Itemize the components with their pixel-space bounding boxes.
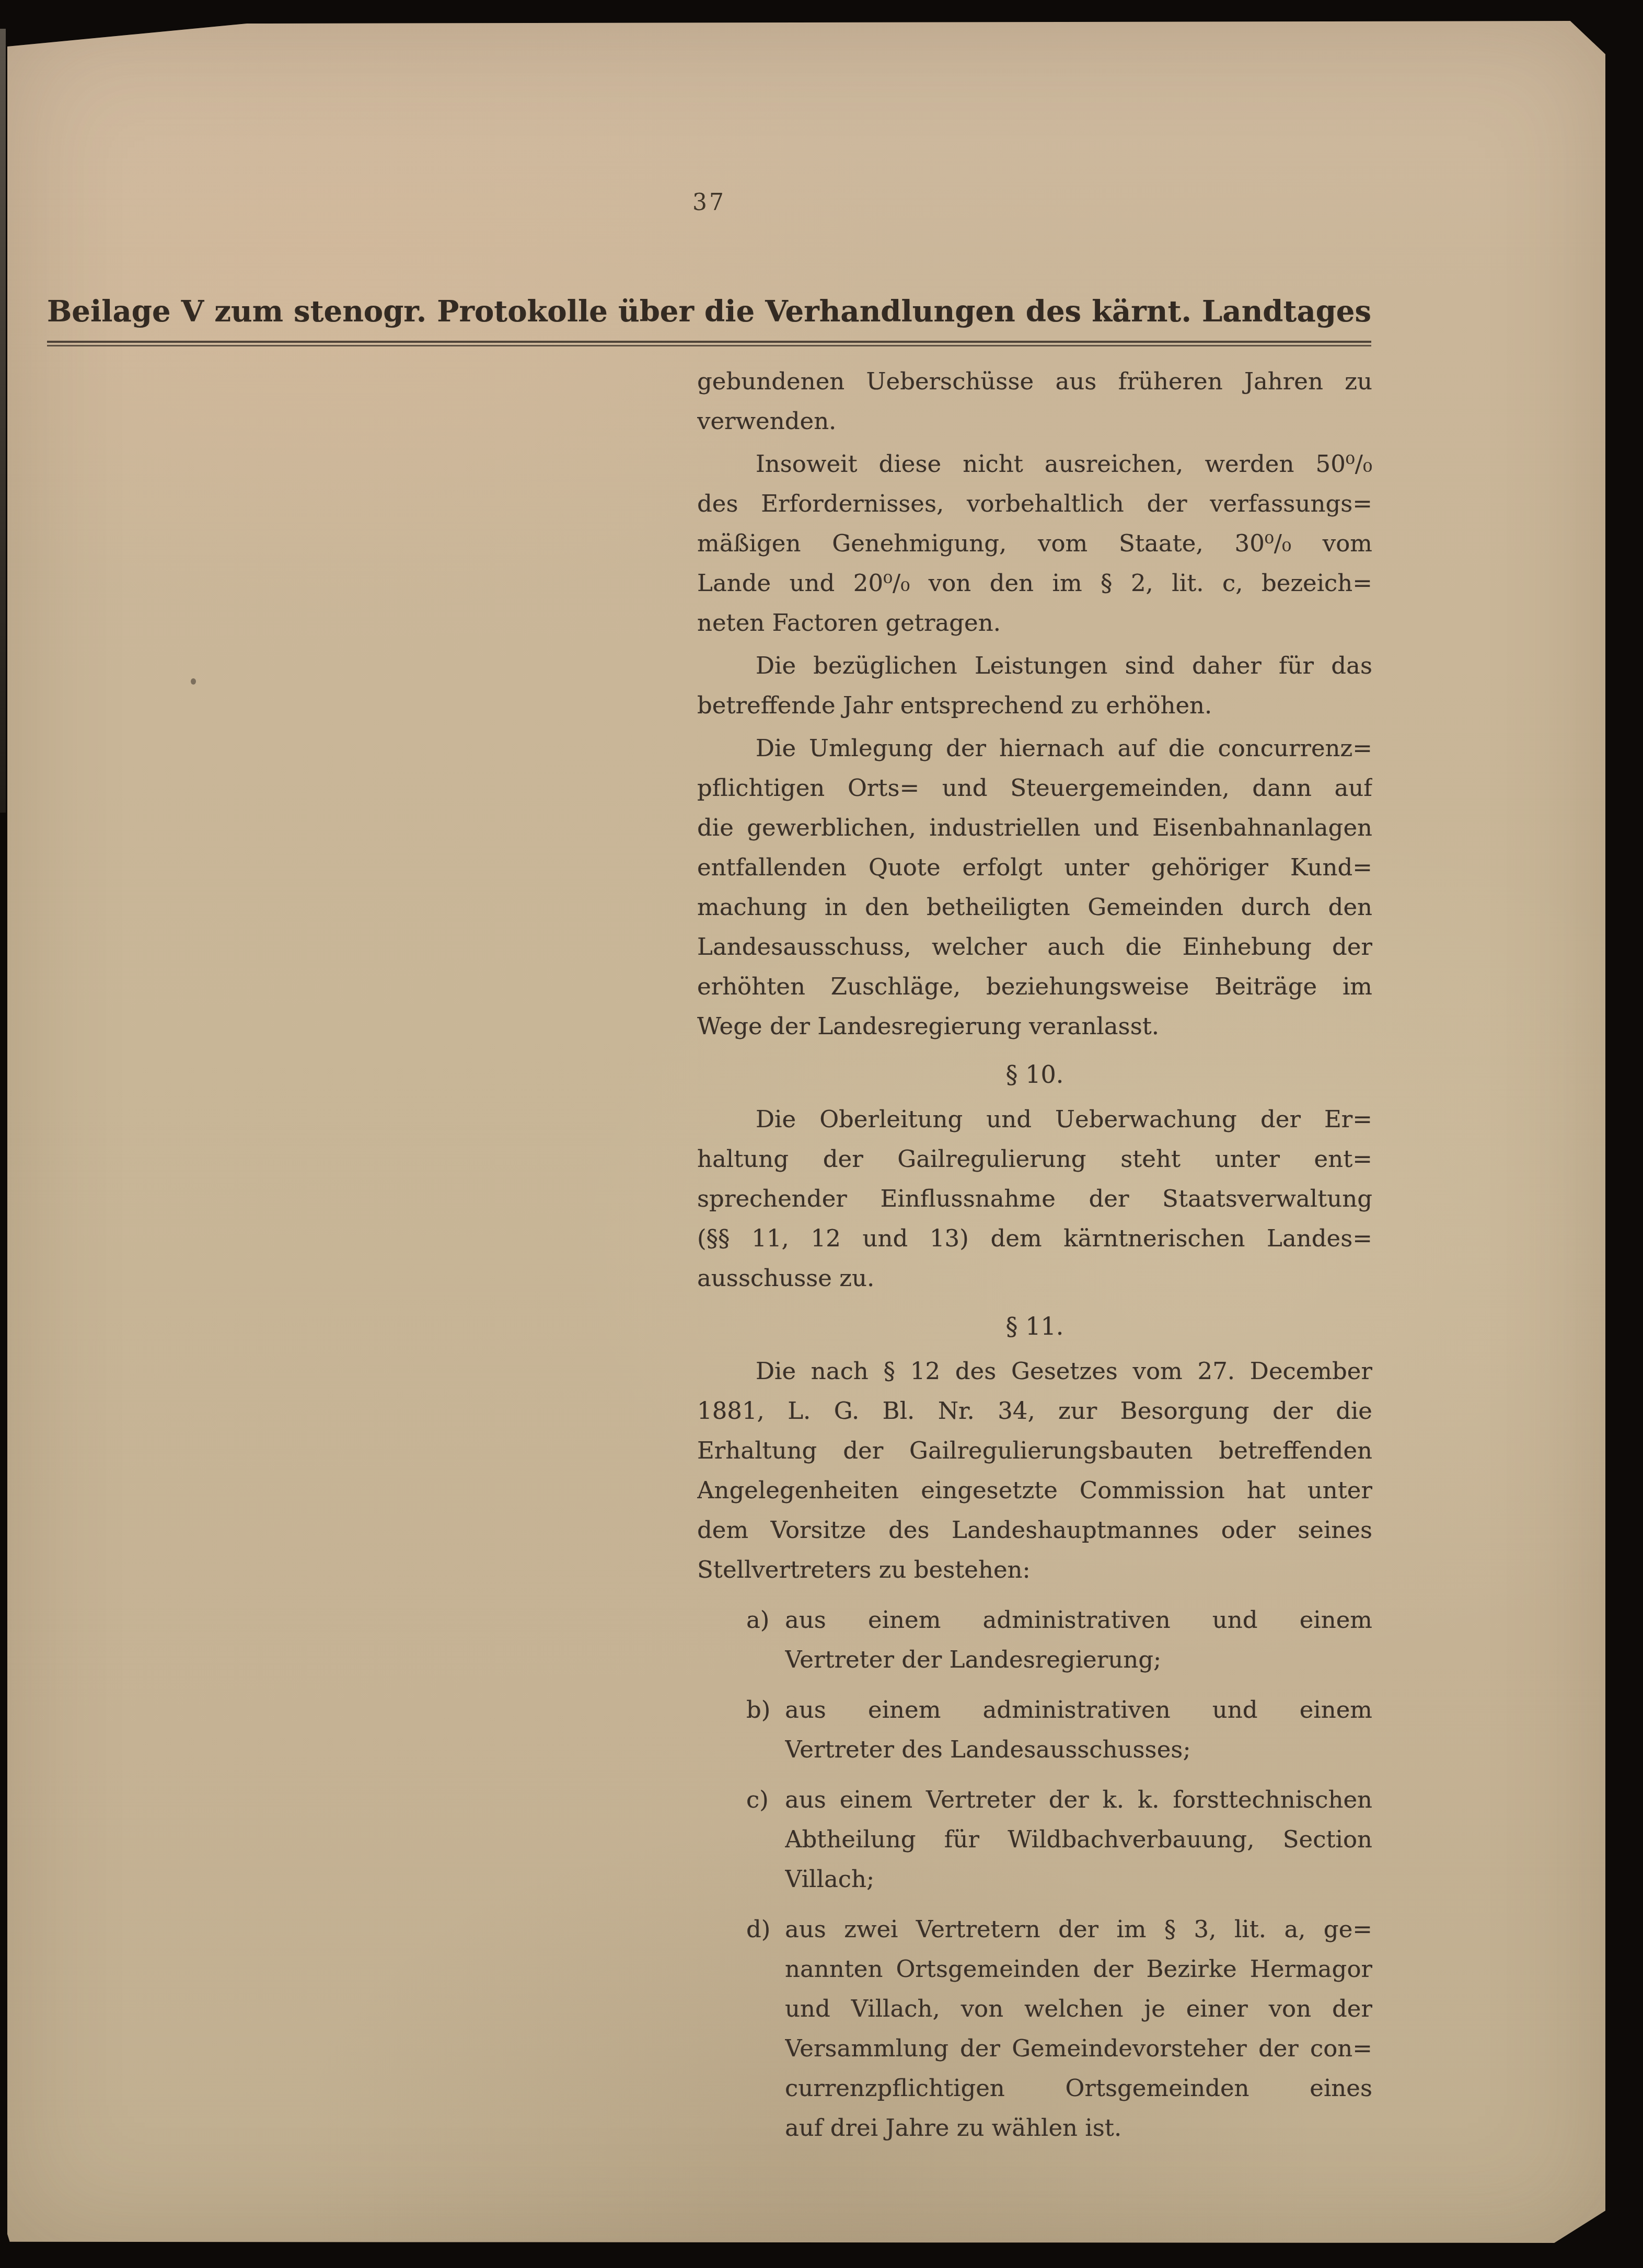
text-line: 1881, L. G. Bl. Nr. 34, zur Besorgung de… (697, 1391, 1372, 1431)
text-line: Villach; (785, 1859, 1372, 1899)
section-heading-11: § 11. (697, 1306, 1372, 1346)
text-line: machung in den betheiligten Gemeinden du… (697, 887, 1372, 927)
text-line: des Erfordernisses, vorbehaltlich der ve… (697, 484, 1372, 524)
text-line: und Villach, von welchen je einer von de… (785, 1989, 1372, 2029)
item-label-d: d) (746, 1910, 770, 1949)
item-text-d: aus zwei Vertretern der im § 3, lit. a, … (785, 1910, 1372, 2148)
item-label-b: b) (746, 1690, 770, 1730)
text-line: die gewerblichen, industriellen und Eise… (697, 808, 1372, 848)
paragraph-leistungen: Die bezüglichen Leistungen sind daher fü… (697, 646, 1372, 725)
text-line: Landesausschuss, welcher auch die Einheb… (697, 927, 1372, 967)
text-line: verwenden. (697, 401, 1372, 441)
paragraph-continuation: gebundenen Ueberschüsse aus früheren Jah… (697, 362, 1372, 441)
text-line: Erhaltung der Gailregulierungsbauten bet… (697, 1431, 1372, 1471)
text-line: Vertreter der Landesregierung; (785, 1640, 1372, 1680)
text-line: Versammlung der Gemeindevorsteher der co… (785, 2029, 1372, 2068)
text-line: Die nach § 12 des Gesetzes vom 27. Decem… (697, 1351, 1372, 1391)
scan-frame: 37 Beilage V zum stenogr. Protokolle übe… (0, 0, 1643, 2268)
list-item-c: c) aus einem Vertreter der k. k. forstte… (697, 1780, 1372, 1899)
text-line: Abtheilung für Wildbachverbauung, Sectio… (785, 1820, 1372, 1859)
item-text-a: aus einem administrativen und einem tech… (785, 1600, 1372, 1680)
document-heading: Beilage V zum stenogr. Protokolle über d… (47, 290, 1371, 333)
text-line: Stellvertreters zu bestehen: (697, 1550, 1372, 1590)
paragraph-section10: Die Oberleitung und Ueberwachung der Er=… (697, 1100, 1372, 1298)
text-line: Vertreter des Landesausschusses; (785, 1730, 1372, 1769)
text-line: Insoweit diese nicht ausreichen, werden … (697, 444, 1372, 484)
text-line: Wege der Landesregierung veranlasst. (697, 1006, 1372, 1046)
text-line: currenzpflichtigen Ortsgemeinden eines B… (785, 2068, 1372, 2108)
text-line: mäßigen Genehmigung, vom Staate, 30⁰/₀ v… (697, 524, 1372, 563)
text-column: gebundenen Ueberschüsse aus früheren Jah… (697, 362, 1372, 2148)
paragraph-section11: Die nach § 12 des Gesetzes vom 27. Decem… (697, 1351, 1372, 1590)
heading-double-rule (47, 341, 1371, 346)
text-line: Die bezüglichen Leistungen sind daher fü… (697, 646, 1372, 686)
book-edge (0, 29, 6, 813)
text-line: ausschusse zu. (697, 1258, 1372, 1298)
page-header: 37 Beilage V zum stenogr. Protokolle übe… (47, 187, 1371, 346)
text-line: Die Oberleitung und Ueberwachung der Er= (697, 1100, 1372, 1139)
section-heading-10: § 10. (697, 1055, 1372, 1094)
text-line: betreffende Jahr entsprechend zu erhöhen… (697, 686, 1372, 725)
text-line: aus zwei Vertretern der im § 3, lit. a, … (785, 1910, 1372, 1949)
item-label-a: a) (746, 1600, 769, 1640)
document-page: 37 Beilage V zum stenogr. Protokolle übe… (7, 21, 1605, 2243)
item-text-b: aus einem administrativen und einem tech… (785, 1690, 1372, 1769)
list-item-b: b) aus einem administrativen und einem t… (697, 1690, 1372, 1769)
text-line: neten Factoren getragen. (697, 603, 1372, 643)
text-line: haltung der Gailregulierung steht unter … (697, 1139, 1372, 1179)
text-line: sprechender Einflussnahme der Staatsverw… (697, 1179, 1372, 1219)
text-line: aus einem Vertreter der k. k. forsttechn… (785, 1780, 1372, 1820)
text-line: dem Vorsitze des Landeshauptmannes oder … (697, 1510, 1372, 1550)
text-line: erhöhten Zuschläge, beziehungsweise Beit… (697, 967, 1372, 1006)
item-label-c: c) (746, 1780, 769, 1820)
text-line: gebundenen Ueberschüsse aus früheren Jah… (697, 362, 1372, 401)
text-line: Die Umlegung der hiernach auf die concur… (697, 728, 1372, 768)
text-line: aus einem administrativen und einem tech… (785, 1690, 1372, 1730)
ink-speck (191, 678, 196, 685)
text-line: entfallenden Quote erfolgt unter gehörig… (697, 848, 1372, 887)
text-line: auf drei Jahre zu wählen ist. (785, 2108, 1372, 2148)
text-line: (§§ 11, 12 und 13) dem kärntnerischen La… (697, 1219, 1372, 1258)
list-item-a: a) aus einem administrativen und einem t… (697, 1600, 1372, 1680)
item-text-c: aus einem Vertreter der k. k. forsttechn… (785, 1780, 1372, 1899)
paragraph-insoweit: Insoweit diese nicht ausreichen, werden … (697, 444, 1372, 643)
text-line: pflichtigen Orts= und Steuergemeinden, d… (697, 768, 1372, 808)
text-line: Lande und 20⁰/₀ von den im § 2, lit. c, … (697, 563, 1372, 603)
paragraph-umlegung: Die Umlegung der hiernach auf die concur… (697, 728, 1372, 1046)
list-item-d: d) aus zwei Vertretern der im § 3, lit. … (697, 1910, 1372, 2148)
text-line: Angelegenheiten eingesetzte Commission h… (697, 1471, 1372, 1510)
text-line: nannten Ortsgemeinden der Bezirke Hermag… (785, 1949, 1372, 1989)
page-number: 37 (47, 187, 1371, 218)
text-line: aus einem administrativen und einem tech… (785, 1600, 1372, 1640)
